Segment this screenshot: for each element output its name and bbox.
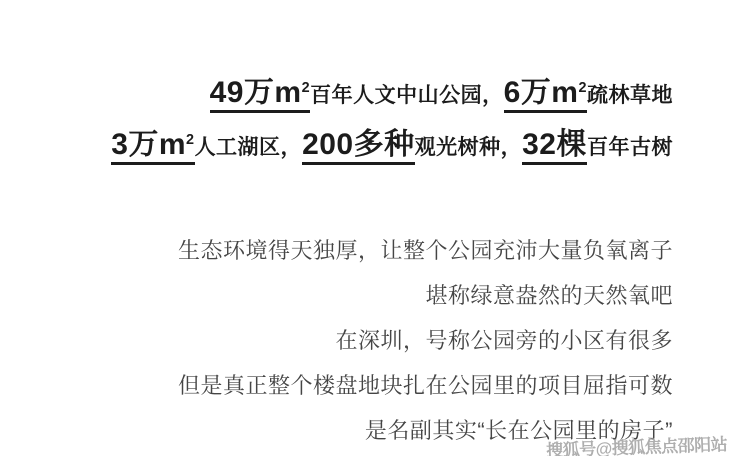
stat-grassland-area-text: 6万m [504,76,579,109]
headline-text-grassland: 疏林草地 [587,70,673,122]
stat-grassland-area: 6万m2 [504,76,587,113]
headline-text-lake: 人工湖区， [195,122,303,174]
stat-park-area: 49万m2 [210,76,311,113]
body-paragraph: 生态环境得天独厚，让整个公园充沛大量负氧离子 堪称绿意盎然的天然氧吧 在深圳，号… [0,228,673,453]
headline-text-ancient: 百年古树 [587,122,673,174]
promo-page: 49万m2百年人文中山公园，6万m2疏林草地 3万m2人工湖区，200多种观光树… [0,0,740,456]
body-line-3: 在深圳，号称公园旁的小区有很多 [0,318,673,363]
superscript-2: 2 [578,80,587,96]
stat-ancient-trees: 32棵 [522,128,587,165]
stat-park-area-text: 49万m [210,76,302,109]
body-line-1: 生态环境得天独厚，让整个公园充沛大量负氧离子 [0,228,673,273]
headline-text-park-name: 百年人文中山公园， [310,70,504,122]
body-line-4: 但是真正整个楼盘地块扎在公园里的项目屈指可数 [0,363,673,408]
body-line-2: 堪称绿意盎然的天然氧吧 [0,273,673,318]
superscript-2: 2 [302,80,311,96]
stat-tree-species-text: 200多种 [302,128,415,161]
stat-ancient-trees-text: 32棵 [522,128,587,161]
stat-lake-area-text: 3万m [111,128,186,161]
headline-text-species: 观光树种， [415,122,523,174]
superscript-2: 2 [186,132,195,148]
headline-line-2: 3万m2人工湖区，200多种观光树种，32棵百年古树 [0,122,673,174]
stat-tree-species: 200多种 [302,128,415,165]
headline-block: 49万m2百年人文中山公园，6万m2疏林草地 3万m2人工湖区，200多种观光树… [0,70,673,174]
stat-lake-area: 3万m2 [111,128,194,165]
headline-line-1: 49万m2百年人文中山公园，6万m2疏林草地 [0,70,673,122]
